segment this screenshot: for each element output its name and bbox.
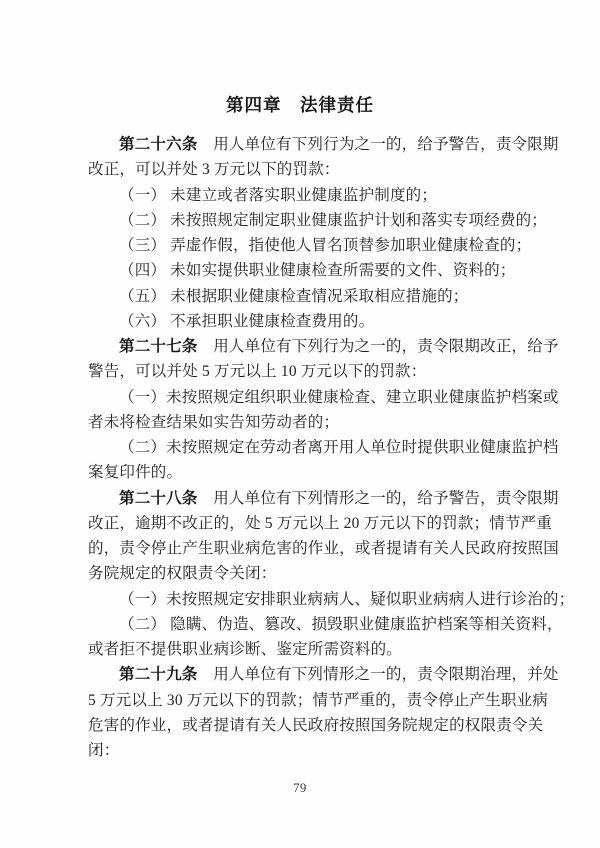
text-line: （二）未按照规定在劳动者离开用人单位时提供职业健康监护档 <box>88 435 512 460</box>
text-line: （二） 隐瞒、伪造、篡改、损毁职业健康监护档案等相关资料， <box>88 612 512 637</box>
text-line: 的，责令停止产生职业病危害的作业，或者提请有关人民政府按照国 <box>88 536 512 561</box>
text-line: （二） 未按照规定制定职业健康监护计划和落实专项经费的； <box>88 208 512 233</box>
text-line: 改正，可以并处 3 万元以下的罚款： <box>88 157 512 182</box>
text-line: （一） 未建立或者落实职业健康监护制度的； <box>88 183 512 208</box>
text-line: （六） 不承担职业健康检查费用的。 <box>88 309 512 334</box>
article-number: 第二十七条 <box>119 338 198 355</box>
text-line: 5 万元以上 30 万元以下的罚款；情节严重的，责令停止产生职业病 <box>88 688 512 713</box>
text-line: 闭： <box>88 738 512 763</box>
text-line: （五） 未根据职业健康检查情况采取相应措施的； <box>88 284 512 309</box>
document-body: 第二十六条 用人单位有下列行为之一的，给予警告，责令限期改正，可以并处 3 万元… <box>88 132 512 763</box>
text-line: 改正，逾期不改正的，处 5 万元以上 20 万元以下的罚款；情节严重 <box>88 511 512 536</box>
text-line: 者未将检查结果如实告知劳动者的； <box>88 410 512 435</box>
article-number: 第二十八条 <box>119 490 198 507</box>
text-line: 案复印件的。 <box>88 460 512 485</box>
page-number: 79 <box>0 781 600 796</box>
text-line: 第二十八条 用人单位有下列情形之一的，给予警告，责令限期 <box>88 486 512 511</box>
text-line: 务院规定的权限责令关闭： <box>88 561 512 586</box>
document-page: 第四章 法律责任 第二十六条 用人单位有下列行为之一的，给予警告，责令限期改正，… <box>0 0 600 848</box>
text-line: 或者拒不提供职业病诊断、鉴定所需资料的。 <box>88 637 512 662</box>
text-line: 第二十七条 用人单位有下列行为之一的，责令限期改正，给予 <box>88 334 512 359</box>
text-line: 危害的作业，或者提请有关人民政府按照国务院规定的权限责令关 <box>88 713 512 738</box>
text-line: （三） 弄虚作假，指使他人冒名顶替参加职业健康检查的； <box>88 233 512 258</box>
text-line: （一）未按照规定组织职业健康检查、建立职业健康监护档案或 <box>88 385 512 410</box>
text-line: （四） 未如实提供职业健康检查所需要的文件、资料的； <box>88 258 512 283</box>
article-number: 第二十九条 <box>119 666 198 683</box>
text-line: 第二十六条 用人单位有下列行为之一的，给予警告，责令限期 <box>88 132 512 157</box>
text-line: 警告，可以并处 5 万元以上 10 万元以下的罚款： <box>88 359 512 384</box>
article-number: 第二十六条 <box>119 136 198 153</box>
text-line: 第二十九条 用人单位有下列情形之一的，责令限期治理，并处 <box>88 662 512 687</box>
text-line: （一）未按照规定安排职业病病人、疑似职业病病人进行诊治的； <box>88 587 512 612</box>
chapter-title: 第四章 法律责任 <box>0 92 600 117</box>
